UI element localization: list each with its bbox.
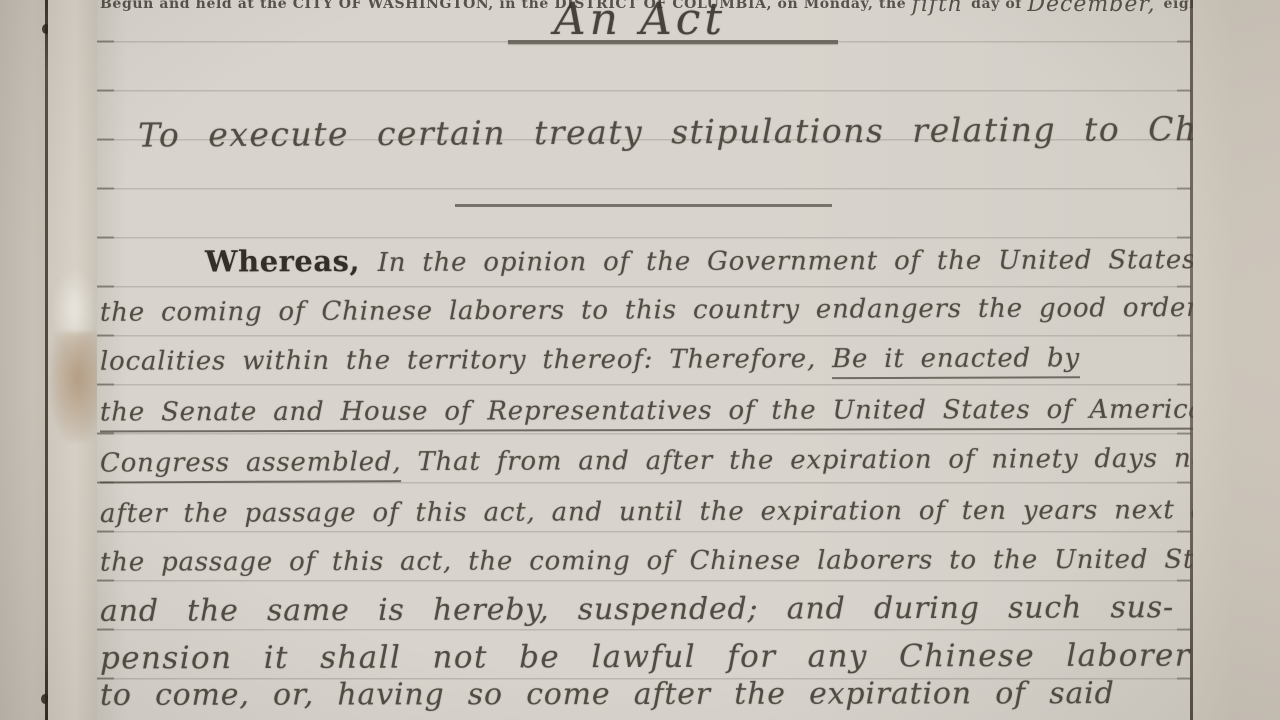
text-line: after the passage of this act, and until… [100,495,1258,529]
text-line: Whereas, In the opinion of the Governmen… [100,241,1196,279]
underlined-text: Congress assembled, [100,447,402,483]
handwritten-text: localities within the territory thereof:… [100,344,832,377]
handwritten-text: the passage of this act, the coming of C… [100,544,1280,577]
text-line: to come, or, having so come after the ex… [100,676,1115,713]
text-line: the passage of this act, the coming of C… [100,544,1280,577]
text-line: and the same is hereby, suspended; and d… [100,590,1174,629]
handwritten-text: the coming of Chinese laborers to this c… [100,292,1280,327]
handwritten-text: to come, or, having so come after the ex… [100,676,1115,713]
text-line: the coming of Chinese laborers to this c… [100,292,1280,327]
manuscript-scan: Begun and held at the CITY OF WASHINGTON… [0,0,1280,720]
text-line: Congress assembled, That from and after … [100,444,1235,479]
underlined-text: the Senate and House of Representatives … [100,394,1248,432]
text-line: localities within the territory thereof:… [100,343,1080,376]
handwritten-text: and the same is hereby, suspended; and d… [100,590,1174,629]
right-margin-background [1193,0,1280,720]
handwritten-text: after the passage of this act, and until… [100,495,1258,529]
text-line: pension it shall not be lawful for any C… [100,638,1191,677]
whereas-keyword: Whereas, [205,244,378,279]
handwritten-text: That from and after the expiration of ni… [401,444,1234,478]
handwritten-text: pension it shall not be lawful for any C… [100,638,1191,677]
handwritten-text: In the opinion of the Government of the … [378,245,1197,278]
document-body: Whereas, In the opinion of the Governmen… [0,0,1280,720]
text-line: the Senate and House of Representatives … [100,394,1248,427]
underlined-text: Be it enacted by [832,343,1080,379]
